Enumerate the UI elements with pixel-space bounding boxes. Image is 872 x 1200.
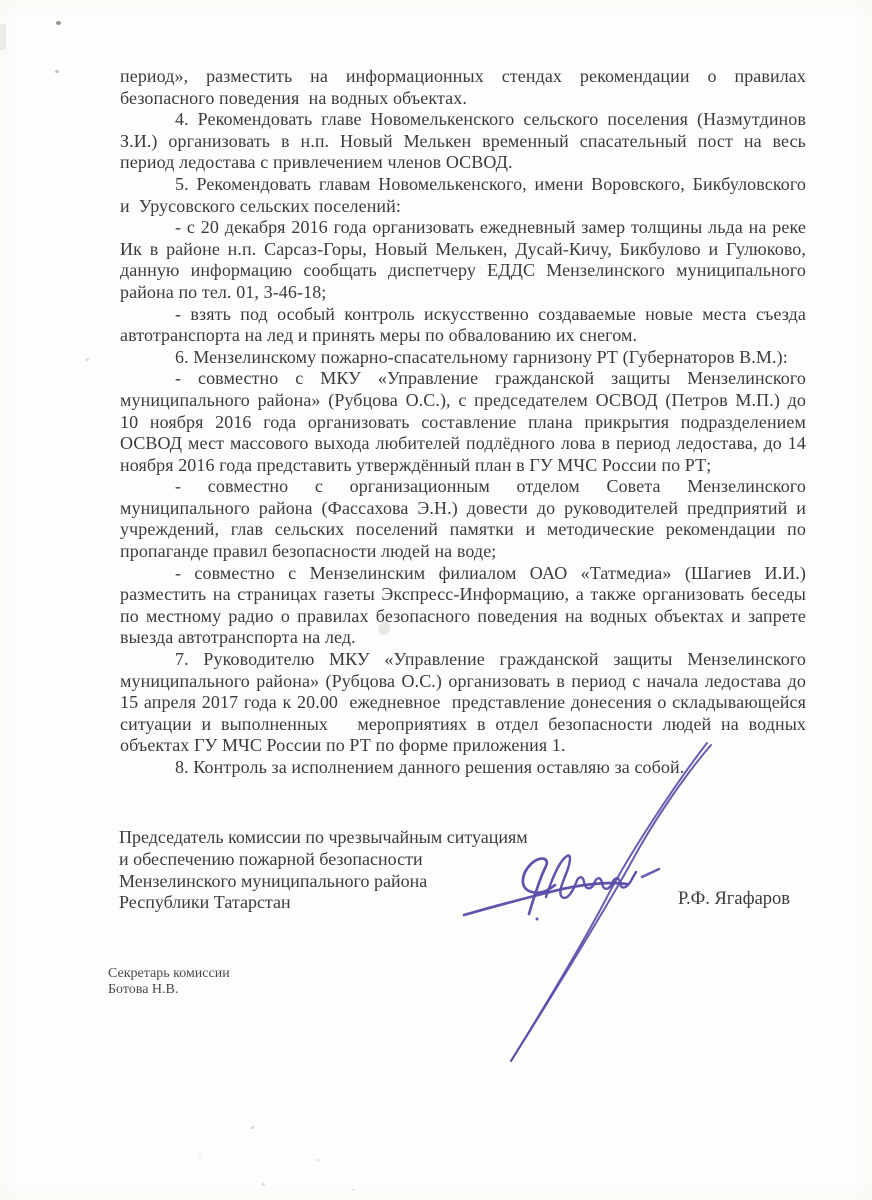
paragraph: 7. Руководителю МКУ «Управление гражданс… bbox=[120, 649, 806, 757]
secretary-block: Секретарь комиссииБотова Н.В. bbox=[108, 966, 230, 998]
document-body: период», разместить на информационных ст… bbox=[120, 66, 806, 779]
text-line: - совместно с МКУ «Управление гражданско… bbox=[120, 368, 806, 390]
scan-edge-smudge bbox=[0, 23, 6, 51]
scanned-document-page: период», разместить на информационных ст… bbox=[0, 0, 872, 1200]
text-line: ноября 2016 года представить утверждённы… bbox=[120, 455, 806, 477]
paragraph: - совместно с организационным отделом Со… bbox=[120, 476, 806, 562]
paragraph: - совместно с МКУ «Управление гражданско… bbox=[120, 368, 806, 476]
scan-artifact bbox=[86, 358, 89, 361]
text-line: выезда автотранспорта на лед. bbox=[120, 627, 806, 649]
text-line: ситуации и выполненных мероприятиях в от… bbox=[120, 714, 806, 736]
text-line: - взять под особый контроль искусственно… bbox=[120, 304, 806, 326]
text-line: Мензелинского муниципального района bbox=[119, 871, 528, 893]
text-line: безопасного поведения на водных объектах… bbox=[120, 88, 806, 110]
text-line: учреждений, глав сельских поселений памя… bbox=[120, 519, 806, 541]
text-line: и Урусовского сельских поселений: bbox=[120, 196, 806, 218]
text-line: данную информацию сообщать диспетчеру ЕД… bbox=[120, 260, 806, 282]
text-line: по местному радио о правилах безопасного… bbox=[120, 606, 806, 628]
text-line: З.И.) организовать в н.п. Новый Мелькен … bbox=[120, 131, 806, 153]
text-line: - с 20 декабря 2016 года организовать еж… bbox=[120, 217, 806, 239]
text-line: период ледостава с привлечением членов О… bbox=[120, 152, 806, 174]
text-line: Республики Татарстан bbox=[119, 892, 528, 914]
paragraph: 5. Рекомендовать главам Новомелькенского… bbox=[120, 174, 806, 217]
text-line: период», разместить на информационных ст… bbox=[120, 66, 806, 88]
official-title-block: Председатель комиссии по чрезвычайным си… bbox=[119, 827, 528, 914]
text-line: муниципального района (Фассахова Э.Н.) д… bbox=[120, 498, 806, 520]
text-line: Ботова Н.В. bbox=[108, 982, 230, 998]
scan-artifact bbox=[262, 1183, 265, 1186]
text-line: 15 апреля 2017 года к 20.00 ежедневное п… bbox=[120, 692, 806, 714]
paragraph: 4. Рекомендовать главе Новомелькенского … bbox=[120, 109, 806, 174]
text-line: - совместно с Мензелинским филиалом ОАО … bbox=[120, 563, 806, 585]
text-line: 7. Руководителю МКУ «Управление гражданс… bbox=[120, 649, 806, 671]
paragraph: - взять под особый контроль искусственно… bbox=[120, 304, 806, 347]
signer-name: Р.Ф. Ягафаров bbox=[678, 889, 790, 910]
text-line: Секретарь комиссии bbox=[108, 966, 230, 982]
scan-artifact bbox=[199, 1156, 201, 1158]
text-line: объектах ГУ МЧС России по РТ по форме пр… bbox=[120, 735, 806, 757]
text-line: и обеспечению пожарной безопасности bbox=[119, 849, 528, 871]
text-line: 6. Мензелинскому пожарно-спасательному г… bbox=[120, 347, 806, 369]
paragraph: - с 20 декабря 2016 года организовать еж… bbox=[120, 217, 806, 303]
paragraph: - совместно с Мензелинским филиалом ОАО … bbox=[120, 563, 806, 649]
text-line: 4. Рекомендовать главе Новомелькенского … bbox=[120, 109, 806, 131]
text-line: - совместно с организационным отделом Со… bbox=[120, 476, 806, 498]
text-line: района по тел. 01, 3-46-18; bbox=[120, 282, 806, 304]
text-line: автотранспорта на лед и принять меры по … bbox=[120, 325, 806, 347]
paragraph: 8. Контроль за исполнением данного решен… bbox=[120, 757, 806, 779]
text-line: 10 ноября 2016 года организовать составл… bbox=[120, 412, 806, 434]
text-line: 5. Рекомендовать главам Новомелькенского… bbox=[120, 174, 806, 196]
text-line: разместить на страницах газеты Экспресс-… bbox=[120, 584, 806, 606]
text-line: муниципального района» (Рубцова О.С.) ор… bbox=[120, 671, 806, 693]
scan-artifact bbox=[316, 1159, 319, 1161]
scan-artifact bbox=[352, 1189, 355, 1191]
text-line: Председатель комиссии по чрезвычайным си… bbox=[119, 827, 528, 849]
text-line: Ик в районе н.п. Сарсаз-Горы, Новый Мель… bbox=[120, 239, 806, 261]
scan-artifact bbox=[251, 1126, 254, 1129]
text-line: пропаганде правил безопасности людей на … bbox=[120, 541, 806, 563]
text-line: 8. Контроль за исполнением данного решен… bbox=[120, 757, 806, 779]
text-line: муниципального района» (Рубцова О.С.), с… bbox=[120, 390, 806, 412]
text-line: ОСВОД мест массового выхода любителей по… bbox=[120, 433, 806, 455]
paragraph: период», разместить на информационных ст… bbox=[120, 66, 806, 109]
paragraph: 6. Мензелинскому пожарно-спасательному г… bbox=[120, 347, 806, 369]
scan-artifact bbox=[56, 21, 61, 25]
scan-artifact bbox=[55, 70, 59, 73]
